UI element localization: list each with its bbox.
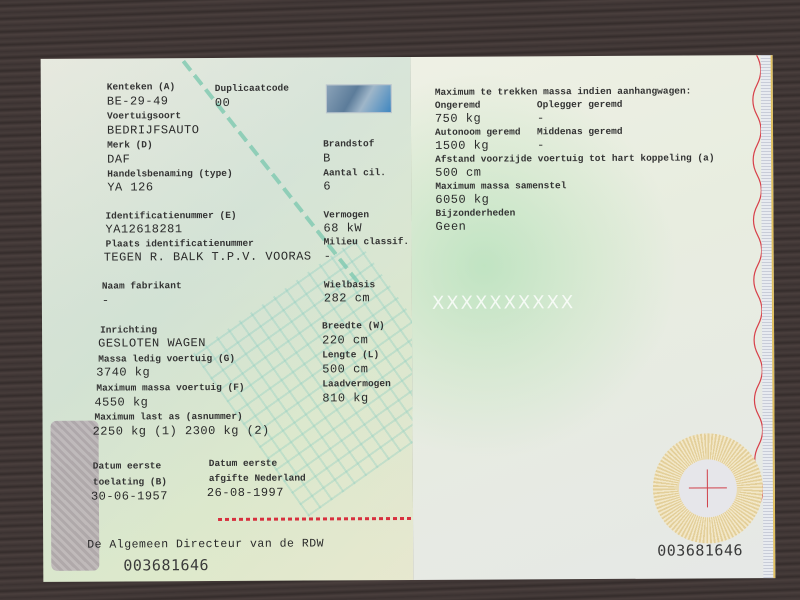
middenas-geremd-label: Middenas geremd [537,126,623,138]
voertuigsoort-label: Voertuigsoort [107,110,181,122]
document-serial-right: 003681646 [657,541,743,559]
kenteken-value: BE-29-49 [107,94,169,108]
datum-toelating-value: 30-06-1957 [91,489,168,503]
merk-value: DAF [107,152,130,166]
wielbasis-value: 282 cm [324,291,370,305]
inrichting-value: GESLOTEN WAGEN [98,336,206,351]
identificatienummer-label: Identificatienummer (E) [105,210,236,223]
right-page: XXXXXXXXXX Maximum te trekken massa indi… [411,55,776,580]
datum-afgifte-label-2: afgifte Nederland [209,473,306,486]
ongeremd-value: 750 kg [435,112,481,126]
vermogen-value: 68 kW [323,221,362,235]
max-massa-value: 4550 kg [94,395,148,409]
milieu-classif-value: - [324,249,332,263]
handelsbenaming-label: Handelsbenaming (type) [107,168,232,181]
datum-toelating-label-2: toelating (B) [93,476,167,488]
wielbasis-label: Wielbasis [324,279,375,291]
left-page: Kenteken (A) BE-29-49 Duplicaatcode 00 V… [41,57,415,582]
datum-afgifte-value: 26-08-1997 [207,486,284,500]
massa-ledig-value: 3740 kg [96,365,150,379]
max-massa-samenstel-value: 6050 kg [435,193,489,207]
datum-toelating-label-1: Datum eerste [93,460,161,472]
aanhangwagen-heading: Maximum te trekken massa indien aanhangw… [435,86,692,99]
duplicaatcode-value: 00 [215,96,230,110]
autonoom-geremd-value: 1500 kg [435,139,489,153]
document-serial-left: 003681646 [123,556,209,574]
middenas-geremd-value: - [537,138,545,152]
laadvermogen-value: 810 kg [322,391,368,405]
plaats-identificatienummer-value: TEGEN R. BALK T.P.V. VOORAS [104,250,312,265]
laadvermogen-label: Laadvermogen [322,378,390,390]
datum-afgifte-label-1: Datum eerste [209,458,277,470]
handelsbenaming-value: YA 126 [107,180,153,194]
kenteken-label: Kenteken (A) [107,81,175,93]
identificatienummer-value: YA12618281 [105,222,182,236]
breedte-value: 220 cm [322,333,368,347]
oplegger-geremd-value: - [537,111,545,125]
lengte-value: 500 cm [322,362,368,376]
autonoom-geremd-label: Autonoom geremd [435,126,521,138]
rdw-director-signature: De Algemeen Directeur van de RDW [87,537,324,552]
max-massa-samenstel-label: Maximum massa samenstel [435,180,566,193]
inrichting-label: Inrichting [100,324,157,336]
voertuigsoort-value: BEDRIJFSAUTO [107,123,199,137]
massa-ledig-label: Massa ledig voertuig (G) [98,353,235,366]
plaats-identificatienummer-label: Plaats identificatienummer [106,238,254,251]
naam-fabrikant-label: Naam fabrikant [102,280,182,292]
oplegger-geremd-label: Oplegger geremd [537,99,623,111]
vermogen-label: Vermogen [323,209,369,221]
brandstof-label: Brandstof [323,138,374,150]
naam-fabrikant-value: - [102,294,110,308]
hologram-icon [326,84,392,113]
max-last-as-label: Maximum last as (asnummer) [94,411,242,424]
max-last-as-value: 2250 kg (1) 2300 kg (2) [93,424,270,439]
lengte-label: Lengte (L) [322,349,379,361]
bijzonderheden-label: Bijzonderheden [435,207,515,219]
breedte-label: Breedte (W) [322,320,385,332]
max-massa-label: Maximum massa voertuig (F) [96,382,244,395]
bijzonderheden-value: Geen [435,220,466,234]
milieu-classif-label: Milieu classif. [324,236,410,248]
afstand-koppeling-value: 500 cm [435,166,481,180]
afstand-koppeling-label: Afstand voorzijde voertuig tot hart kopp… [435,152,714,165]
aantal-cil-label: Aantal cil. [323,167,386,179]
watermark-row: XXXXXXXXXX [432,292,575,314]
duplicaatcode-label: Duplicaatcode [215,83,289,95]
vehicle-registration-document: Kenteken (A) BE-29-49 Duplicaatcode 00 V… [41,55,776,582]
merk-label: Merk (D) [107,139,153,151]
security-edge-stripe [761,55,776,578]
ongeremd-label: Ongeremd [435,100,481,112]
aantal-cil-value: 6 [323,179,331,193]
rosette-seal [653,433,764,544]
brandstof-value: B [323,151,331,165]
